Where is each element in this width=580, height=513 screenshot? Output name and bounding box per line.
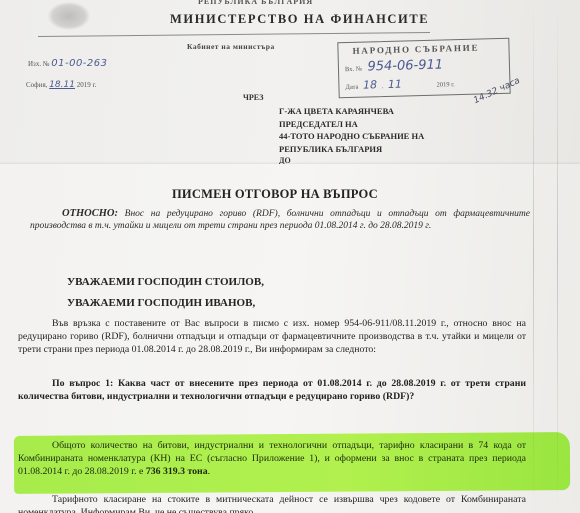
cabinet-label: Кабинет на министъра [187, 42, 275, 51]
continuation-text: Тарифното класиране на стоките в митниче… [18, 494, 526, 513]
coat-of-arms-icon [48, 2, 90, 30]
stamp-in-label: Вх. № [345, 66, 362, 73]
outgoing-date: София, 18.11 2019 г. [26, 80, 96, 90]
outgoing-year: 2019 г. [77, 81, 97, 89]
outgoing-number: Изх. № 01-00-263 [28, 58, 108, 69]
stamp-date: Дата 18 . 11 2019 г. [345, 76, 455, 92]
stamp-title: НАРОДНО СЪБРАНИЕ [352, 43, 479, 56]
stamp-month: 11 [388, 78, 402, 91]
salutation-2: УВАЖАЕМИ ГОСПОДИН ИВАНОВ, [67, 297, 255, 309]
answer-amount: 736 319.3 тона [146, 466, 208, 477]
regarding-paragraph: ОТНОСНО: Внос на редуцирано гориво (RDF)… [30, 208, 530, 232]
question-1-text: По въпрос 1: Каква част от внесените пре… [18, 378, 526, 402]
addressee-block: Г-ЖА ЦВЕТА КАРАЯНЧЕВА ПРЕДСЕДАТЕЛ НА 44-… [279, 105, 509, 155]
outgoing-number-label: Изх. № [28, 60, 50, 68]
outgoing-date-handwritten: 18.11 [49, 80, 75, 90]
addressee-line: 44-ТОТО НАРОДНО СЪБРАНИЕ НА [279, 130, 509, 143]
document-photo: РЕПУБЛИКА БЪЛГАРИЯ МИНИСТЕРСТВО НА ФИНАН… [0, 0, 580, 513]
answer-paragraph: Общото количество на битови, индустриалн… [18, 440, 526, 478]
stamp-in-number: Вх. № 954-06-911 [345, 58, 443, 76]
stamp-in-value: 954-06-911 [367, 58, 443, 75]
ministry-header: МИНИСТЕРСТВО НА ФИНАНСИТЕ [170, 12, 429, 27]
answer-text: Общото количество на битови, индустриалн… [18, 440, 526, 477]
paper-edge-line [557, 0, 558, 513]
addressee-line: РЕПУБЛИКА БЪЛГАРИЯ [279, 143, 509, 156]
intro-paragraph: Във връзка с поставените от Вас въпроси … [18, 318, 526, 356]
regarding-label: ОТНОСНО: [62, 208, 118, 219]
addressee-line: Г-ЖА ЦВЕТА КАРАЯНЧЕВА [279, 105, 509, 118]
registration-stamp: НАРОДНО СЪБРАНИЕ Вх. № 954-06-911 Дата 1… [337, 38, 510, 98]
via-label: ЧРЕЗ [243, 93, 263, 102]
answer-end: . [208, 466, 210, 477]
outgoing-number-value: 01-00-263 [51, 58, 107, 69]
question-1-paragraph: По въпрос 1: Каква част от внесените пре… [18, 378, 526, 404]
header-divider [38, 32, 430, 37]
addressee-line: ПРЕДСЕДАТЕЛ НА [279, 118, 509, 131]
stamp-year: 2019 г. [436, 81, 454, 88]
stamp-date-label: Дата [345, 84, 358, 91]
republic-header: РЕПУБЛИКА БЪЛГАРИЯ [198, 0, 313, 6]
stamp-day: 18 [363, 78, 377, 91]
top-sheet: РЕПУБЛИКА БЪЛГАРИЯ МИНИСТЕРСТВО НА ФИНАН… [0, 0, 580, 166]
document-title: ПИСМЕН ОТГОВОР НА ВЪПРОС [172, 187, 378, 202]
continuation-paragraph: Тарифното класиране на стоките в митниче… [18, 494, 526, 513]
paper-fold-line [533, 0, 534, 513]
intro-text: Във връзка с поставените от Вас въпроси … [18, 318, 526, 355]
salutation-1: УВАЖАЕМИ ГОСПОДИН СТОИЛОВ, [67, 276, 264, 288]
city-label: София, [26, 81, 47, 89]
